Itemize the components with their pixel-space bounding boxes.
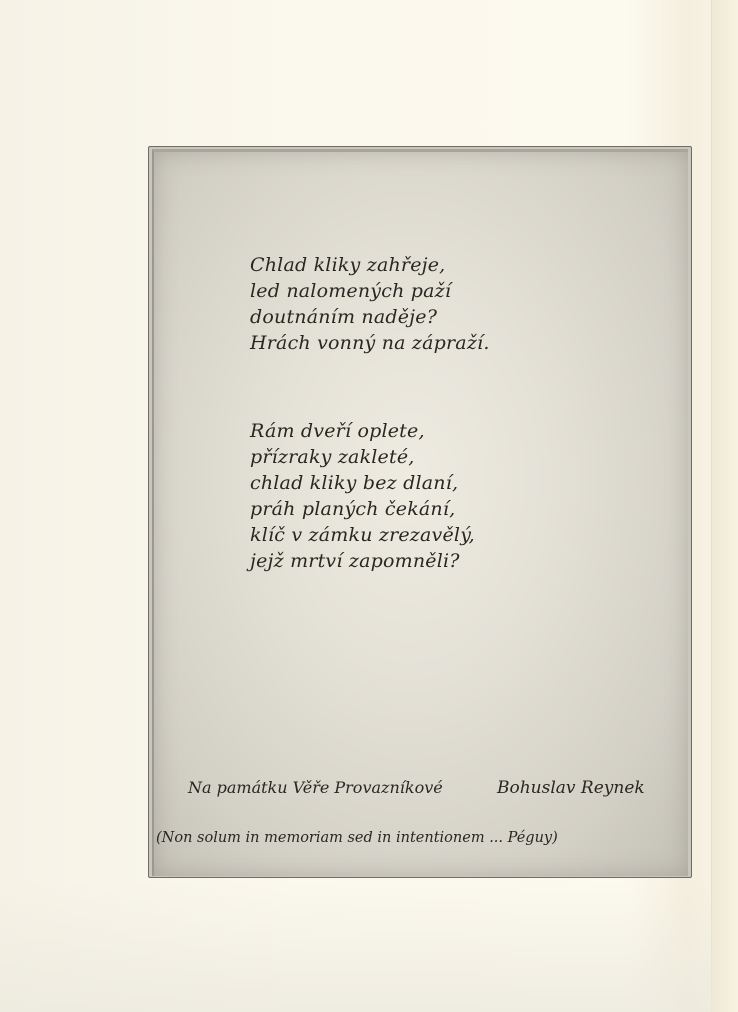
- poem-line: jejž mrtví zapomněli?: [250, 548, 550, 574]
- author-signature: Bohuslav Reynek: [497, 778, 645, 798]
- poem-line: chlad kliky bez dlaní,: [250, 470, 550, 496]
- poem-line: doutnáním naděje?: [250, 304, 550, 330]
- poem-line: práh planých čekání,: [250, 496, 550, 522]
- background-paper-edge: [711, 0, 738, 1012]
- photo-scene: Chlad kliky zahřeje, led nalomených paží…: [0, 0, 738, 1012]
- poem-stanza-1: Chlad kliky zahřeje, led nalomených paží…: [250, 252, 550, 356]
- dedication-text: Na památku Věře Provazníkové: [188, 778, 443, 797]
- latin-note: (Non solum in memoriam sed in intentione…: [156, 830, 558, 846]
- poem-line: Hrách vonný na zápraží.: [250, 330, 550, 356]
- poem-line: Rám dveří oplete,: [250, 418, 550, 444]
- poem-line: přízraky zakleté,: [250, 444, 550, 470]
- poem-line: led nalomených paží: [250, 278, 550, 304]
- poem-line: klíč v zámku zrezavělý,: [250, 522, 550, 548]
- background-shadow: [0, 880, 712, 1012]
- poem-stanza-2: Rám dveří oplete, přízraky zakleté, chla…: [250, 418, 550, 574]
- poem-line: Chlad kliky zahřeje,: [250, 252, 550, 278]
